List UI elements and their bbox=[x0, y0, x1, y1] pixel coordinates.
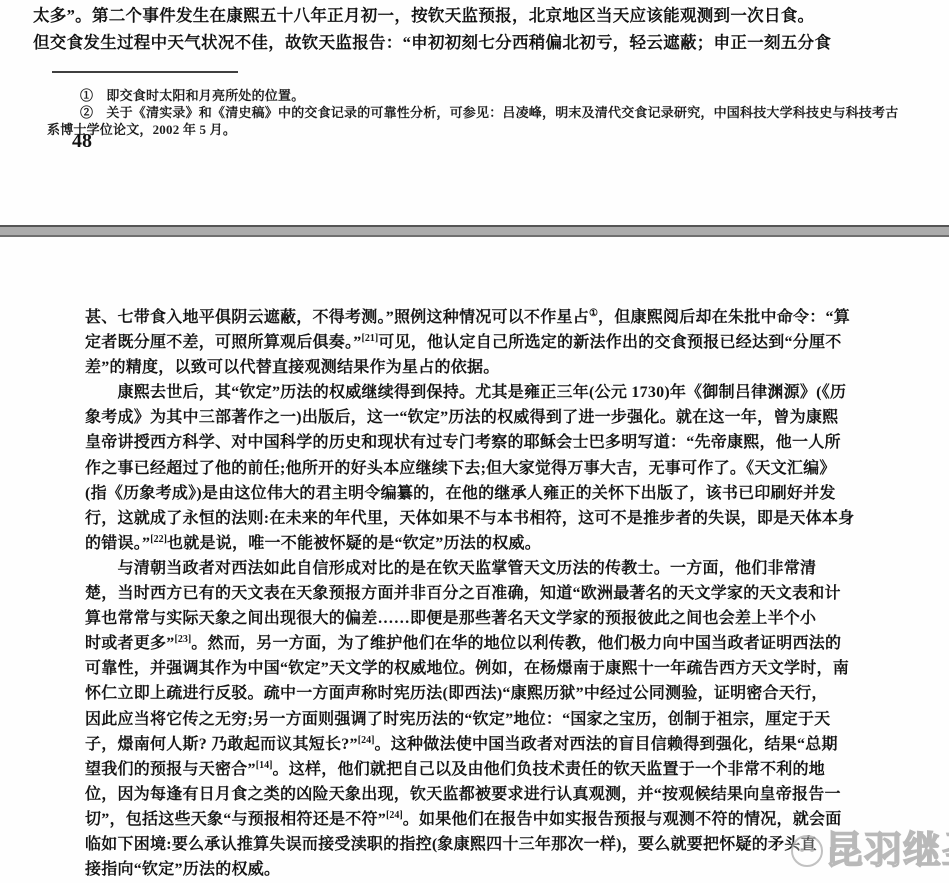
body-text-line: 的错误。”[22]也就是说，唯一不能被怀疑的是“钦定”历法的权威。 bbox=[85, 531, 854, 556]
body-text-line: 皇帝讲授西方科学、对中国科学的历史和现状有过专门考察的耶稣会士巴多明写道：“先帝… bbox=[85, 430, 854, 455]
top-page-line: 太多”。第二个事件发生在康熙五十八年正月初一，按钦天监预报，北京地区当天应该能观… bbox=[33, 2, 831, 29]
body-text-block: 甚、七带食入地平俱阴云遮蔽，不得考测。”照例这种情况可以不作星占①，但康熙阅后却… bbox=[85, 305, 854, 882]
top-page-text: 太多”。第二个事件发生在康熙五十八年正月初一，按钦天监预报，北京地区当天应该能观… bbox=[33, 2, 831, 56]
body-text-line: 算也常常与实际天象之间出现很大的偏差……即便是那些著名天文学家的预报彼此之间也会… bbox=[85, 606, 854, 631]
footnote-2-line-1: ② 关于《清实录》和《清史稿》中的交食记录的可靠性分析，可参见：吕凌峰，明末及清… bbox=[80, 105, 898, 121]
body-text-line: 康熙去世后，其“钦定”历法的权威继续得到保持。尤其是雍正三年(公元 1730)年… bbox=[85, 380, 854, 405]
body-text-line: 与清朝当政者对西法如此自信形成对比的是在钦天监掌管天文历法的传教士。一方面，他们… bbox=[85, 556, 854, 581]
body-text-line: 象考成》为其中三部著作之一)出版后，这一“钦定”历法的权威得到了进一步强化。就在… bbox=[85, 405, 854, 430]
body-text-line: 可靠性，并强调其作为中国“钦定”天文学的权威地位。例如，在杨燝南于康熙十一年疏告… bbox=[85, 656, 854, 681]
body-text-line: 时或者更多”[23]。然而，另一方面，为了维护他们在华的地位以利传教，他们极力向… bbox=[85, 631, 854, 656]
page-number: 48 bbox=[72, 130, 92, 153]
body-text-line: 望我们的预报与天密合”[14]。这样，他们就把自己以及由他们负技术责任的钦天监置… bbox=[85, 757, 854, 782]
body-text-line: 接指向“钦定”历法的权威。 bbox=[85, 857, 854, 882]
body-text-line: (指《历象考成》)是由这位伟大的君主明令编纂的，在他的继承人雍正的关怀下出版了，… bbox=[85, 481, 854, 506]
footnote-1: ① 即交食时太阳和月亮所处的位置。 bbox=[80, 88, 304, 104]
body-text-line: 甚、七带食入地平俱阴云遮蔽，不得考测。”照例这种情况可以不作星占①，但康熙阅后却… bbox=[85, 305, 854, 330]
body-text-line: 子，燝南何人斯? 乃敢起而议其短长?”[24]。这种做法使中国当政者对西法的盲目… bbox=[85, 732, 854, 757]
top-page-line: 但交食发生过程中天气状况不佳，故钦天监报告：“申初初刻七分西稍偏北初亏，轻云遮蔽… bbox=[33, 29, 831, 56]
body-text-line: 临如下困境:要么承认推算失误而接受渎职的指控(象康熙四十三年那次一样)，要么就要… bbox=[85, 832, 854, 857]
page-separator-band bbox=[0, 225, 949, 237]
body-text-line: 楚，当时西方已有的天文表在天象预报方面并非百分之百准确，知道“欧洲最著名的天文学… bbox=[85, 581, 854, 606]
footnote-separator-rule bbox=[52, 71, 238, 73]
body-text-line: 定者既分厘不差，可照所算观后俱奏。”[21]可见，他认定自己所选定的新法作出的交… bbox=[85, 330, 854, 355]
body-text-line: 因此应当将它传之无穷;另一方面则强调了时宪历法的“钦定”地位：“国家之宝历，创制… bbox=[85, 707, 854, 732]
body-text-line: 位，因为每逢有日月食之类的凶险天象出现，钦天监都被要求进行认真观测，并“按观候结… bbox=[85, 782, 854, 807]
body-text-line: 作之事已经超过了他的前任;他所开的好头本应继续下去;但大家觉得万事大吉，无事可作… bbox=[85, 456, 854, 481]
body-text-line: 差”的精度，以致可以代替直接观测结果作为星占的依据。 bbox=[85, 355, 854, 380]
body-text-line: 切”，包括这些天象“与预报相符还是不符”[24]。如果他们在报告中如实报告预报与… bbox=[85, 807, 854, 832]
body-text-line: 怀仁立即上疏进行反驳。疏中一方面声称时宪历法(即西法)“康熙历狱”中经过公同测验… bbox=[85, 681, 854, 706]
body-text-line: 行，这就成了永恒的法则:在未来的年代里，天体如果不与本书相符，这可不是推步者的失… bbox=[85, 506, 854, 531]
